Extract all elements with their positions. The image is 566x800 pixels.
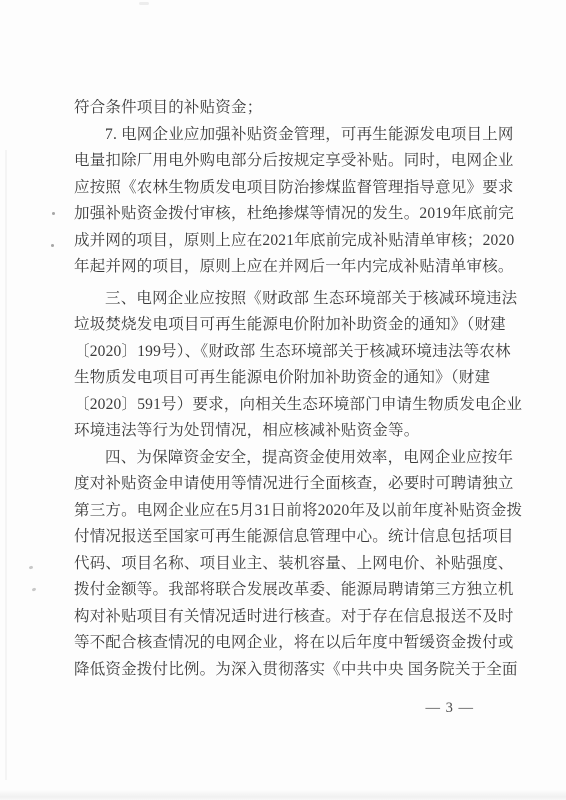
page-number: — 3 — [426, 700, 475, 717]
text-line: 生物质发电项目可再生能源电价附加补助资金的通知》（财建 [74, 365, 512, 392]
text-line: 年起并网的项目，原则上应在并网后一年内完成补贴清单审核。 [74, 254, 512, 281]
scanned-document-page: 符合条件项目的补贴资金； 7. 电网企业应加强补贴资金管理，可再生能源发电项目上… [0, 0, 566, 800]
scan-speck [51, 244, 54, 247]
text-line: 〔2020〕199号）、《财政部 生态环境部关于核减环境违法等农林 [74, 339, 512, 366]
text-line: 等不配合核查情况的电网企业，将在以后年度中暂缓资金拨付或 [74, 630, 512, 657]
scan-bottom-shade [0, 790, 566, 800]
paragraph-section-three: 三、电网企业应按照《财政部 生态环境部关于核减环境违法 垃圾焚烧发电项目可再生能… [74, 286, 512, 445]
text-line: 成并网的项目，原则上应在2021年底前完成补贴清单审核；2020 [74, 228, 512, 255]
text-line: 降低资金拨付比例。为深入贯彻落实《中共中央 国务院关于全面 [74, 657, 512, 684]
paragraph-section-four: 四、为保障资金安全，提高资金使用效率，电网企业应按年 度对补贴资金申请使用等情况… [74, 445, 512, 684]
text-line: 拨付金额等。我部将联合发展改革委、能源局聘请第三方独立机 [74, 577, 512, 604]
text-line: 电量扣除厂用电外购电部分后按规定享受补贴。同时，电网企业 [74, 148, 512, 175]
text-line: 四、为保障资金安全，提高资金使用效率，电网企业应按年 [74, 445, 512, 472]
text-line: 付情况报送至国家可再生能源信息管理中心。统计信息包括项目 [74, 524, 512, 551]
text-line: 〔2020〕591号）要求，向相关生态环境部门申请生物质发电企业 [74, 392, 512, 419]
text-line: 应按照《农林生物质发电项目防治掺煤监督管理指导意见》要求 [74, 175, 512, 202]
text-line: 垃圾焚烧发电项目可再生能源电价附加补助资金的通知》（财建 [74, 312, 512, 339]
text-line: 度对补贴资金申请使用等情况进行全面核查，必要时可聘请独立 [74, 471, 512, 498]
document-body: 符合条件项目的补贴资金； 7. 电网企业应加强补贴资金管理，可再生能源发电项目上… [74, 95, 512, 683]
scan-speck [32, 587, 37, 591]
text-line: 代码、项目名称、项目业主、装机容量、上网电价、补贴强度、 [74, 551, 512, 578]
text-line: 构对补贴项目有关情况适时进行核查。对于存在信息报送不及时 [74, 604, 512, 631]
paragraph-item-7: 7. 电网企业应加强补贴资金管理，可再生能源发电项目上网 电量扣除厂用电外购电部… [74, 122, 512, 281]
text-line: 第三方。电网企业应在5月31日前将2020年及以前年度补贴资金拨 [74, 498, 512, 525]
text-line: 7. 电网企业应加强补贴资金管理，可再生能源发电项目上网 [74, 122, 512, 149]
text-line: 三、电网企业应按照《财政部 生态环境部关于核减环境违法 [74, 286, 512, 313]
scan-speck [139, 2, 149, 5]
scan-speck [52, 212, 55, 215]
text-line: 环境违法等行为处罚情况，相应核减补贴资金等。 [74, 418, 512, 445]
scan-speck [29, 565, 34, 569]
scan-edge-line [5, 150, 7, 780]
text-line-continuation: 符合条件项目的补贴资金； [74, 95, 512, 122]
text-line: 加强补贴资金拨付审核，杜绝掺煤等情况的发生。2019年底前完 [74, 201, 512, 228]
